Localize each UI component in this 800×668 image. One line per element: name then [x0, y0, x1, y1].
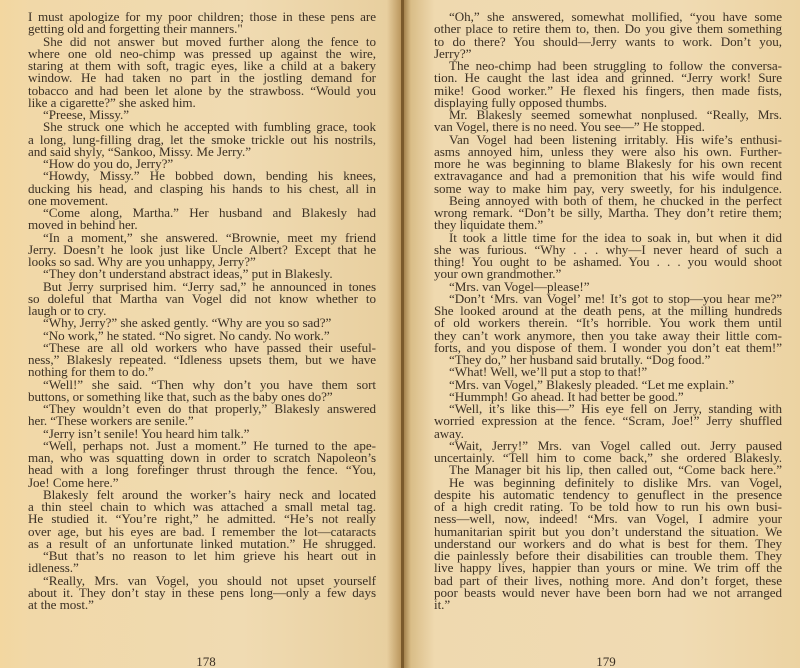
text-line: it.” [434, 599, 782, 611]
book-spread: I must apologize for my poor children; t… [0, 0, 800, 668]
text-line: poor beasts would never have been born h… [434, 587, 782, 599]
text-line: at the most.” [28, 599, 376, 611]
left-page: I must apologize for my poor children; t… [0, 0, 403, 668]
left-page-number: 178 [176, 654, 236, 668]
text-line: to do there? You should—Jerry wants to w… [434, 36, 782, 48]
right-page-text: “Oh,” she answered, somewhat mollified, … [434, 11, 782, 611]
text-line: “But that’s no reason to let him grieve … [28, 550, 376, 562]
text-line: worried expression at the fence. “Scram,… [434, 415, 782, 427]
left-page-text: I must apologize for my poor children; t… [28, 11, 376, 611]
right-page-number: 179 [576, 654, 636, 668]
right-page: “Oh,” she answered, somewhat mollified, … [403, 0, 800, 668]
book-spine [401, 0, 404, 668]
